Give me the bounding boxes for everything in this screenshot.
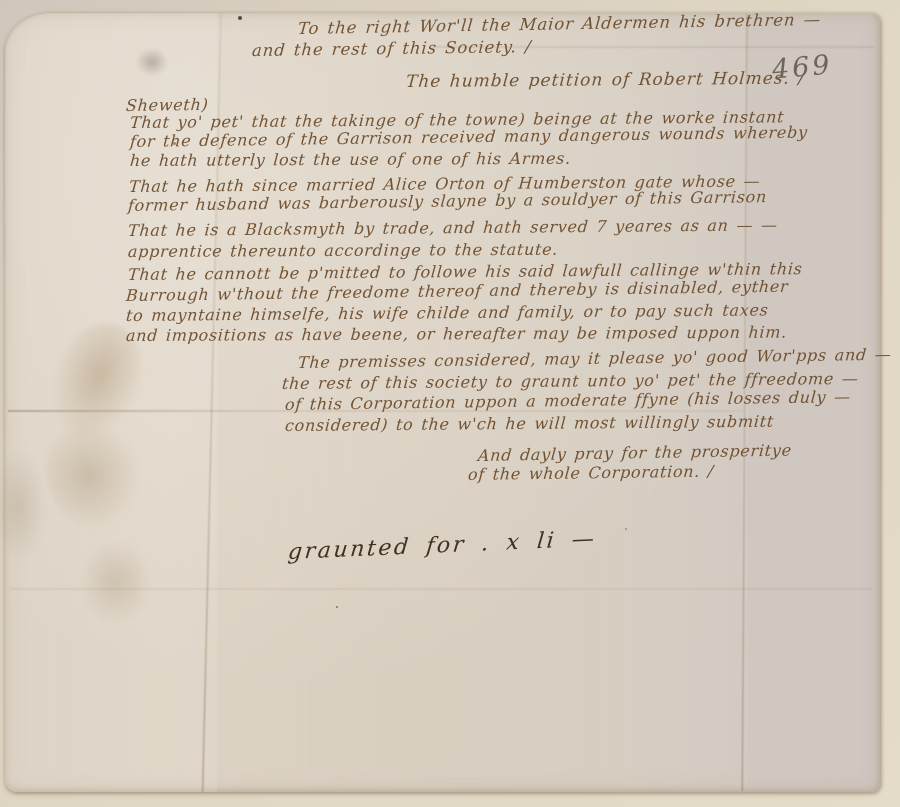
address-line: and the rest of this Society. /	[251, 37, 532, 60]
manuscript-photo: To the right Wor'll the Maior Aldermen h…	[0, 0, 900, 807]
manuscript-line: he hath utterly lost the use of one of h…	[129, 149, 571, 170]
manuscript-line: and impositions as have beene, or hereaf…	[125, 323, 787, 345]
closing-line: of the whole Corporation. /	[467, 462, 714, 484]
folio-number: 469	[771, 49, 834, 85]
petition-title: The humble petition of Robert Holmes. /	[405, 69, 806, 92]
manuscript-line: apprentice thereunto accordinge to the s…	[127, 240, 558, 261]
